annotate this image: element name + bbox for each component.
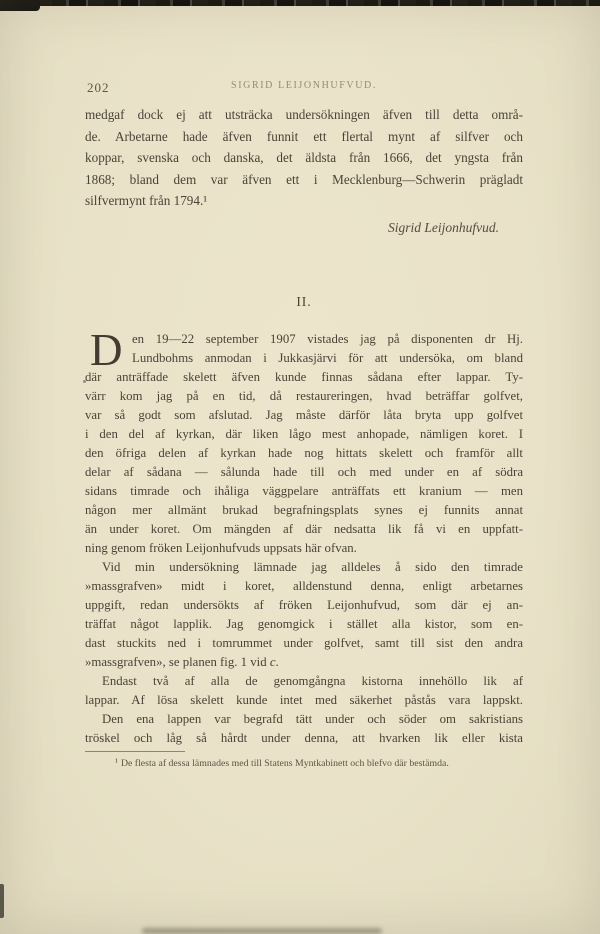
text-line: ning genom fröken Leijonhufvuds uppsats … — [85, 539, 523, 558]
page-header: 202 SIGRID LEIJONHUFVUD. — [85, 80, 523, 96]
running-header: SIGRID LEIJONHUFVUD. — [85, 80, 523, 91]
text-line: Vid min undersökning lämnade jag alldele… — [85, 558, 523, 577]
page-top-edge — [0, 0, 600, 6]
text-line: tröskel och låg så hårdt under denna, at… — [85, 729, 523, 748]
book-page-scan: 202 SIGRID LEIJONHUFVUD. medgaf dock ej … — [0, 0, 600, 934]
text-line: delar af sådana — sålunda hade till och … — [85, 463, 523, 482]
text-line: dast stuckits ned i tomrummet under golf… — [85, 634, 523, 653]
text-line: var så godt som afslutad. Jag måste därf… — [85, 406, 523, 425]
text-line: än under koret. Om mängden af där nedsat… — [85, 520, 523, 539]
author-signature: Sigrid Leijonhufvud. — [85, 220, 523, 236]
text-line: uppgift, redan undersökts af fröken Leij… — [85, 596, 523, 615]
footnote-marker: ¹ — [115, 757, 118, 768]
section-heading: II. — [85, 294, 523, 310]
text-line: medgaf dock ej att utsträcka undersöknin… — [85, 104, 523, 126]
text-line: Den ena lappen var begrafd tätt under oc… — [85, 710, 523, 729]
top-left-corner-mark — [0, 0, 40, 11]
text-line: träffat något lapplik. Jag genomgick i s… — [85, 615, 523, 634]
text-line: i den del af kyrkan, där liken lågo mest… — [85, 425, 523, 444]
intro-paragraph: medgaf dock ej att utsträcka undersöknin… — [85, 104, 523, 212]
page-number: 202 — [87, 80, 110, 96]
text-line: de. Arbetarne hade äfven funnit ett fler… — [85, 126, 523, 148]
text-run: »massgrafven», se planen fig. 1 vid — [85, 655, 270, 669]
text-line: där anträffade skelett äfven kunde finna… — [85, 368, 523, 387]
text-line: »massgrafven», se planen fig. 1 vid c. — [85, 653, 523, 672]
footnote: ¹De flesta af dessa lämnades med till St… — [85, 757, 540, 769]
footnote-rule — [85, 751, 185, 752]
text-line: sidans timrade och ihåliga väggpelare an… — [85, 482, 523, 501]
text-run: . — [276, 655, 279, 669]
text-line: den öfriga delen af kyrkan hade nog hitt… — [85, 444, 523, 463]
section-body: D en 19—22 september 1907 vistades jag p… — [85, 330, 523, 748]
text-line: värr kom jag på en tid, då restaureringe… — [85, 387, 523, 406]
text-line: en 19—22 september 1907 vistades jag på … — [85, 330, 523, 349]
footnote-text: De flesta af dessa lämnades med till Sta… — [121, 758, 449, 769]
bottom-page-smudge — [142, 928, 382, 934]
drop-cap: D — [90, 332, 123, 368]
text-line: »massgrafven» midt i koret, alldenstund … — [85, 577, 523, 596]
text-line: Lundbohms anmodan i Jukkasjärvi för att … — [85, 349, 523, 368]
text-line: någon mer allmänt brukad begrafningsplat… — [85, 501, 523, 520]
left-edge-mark — [0, 884, 4, 918]
text-line: koppar, svenska och danska, det äldsta f… — [85, 147, 523, 169]
text-line: silfvermynt från 1794.¹ — [85, 190, 523, 212]
text-line: lappar. Af lösa skelett kunde intet med … — [85, 691, 523, 710]
text-line: Endast två af alla de genomgångna kistor… — [85, 672, 523, 691]
text-line: 1868; bland dem var äfven ett i Mecklenb… — [85, 169, 523, 191]
